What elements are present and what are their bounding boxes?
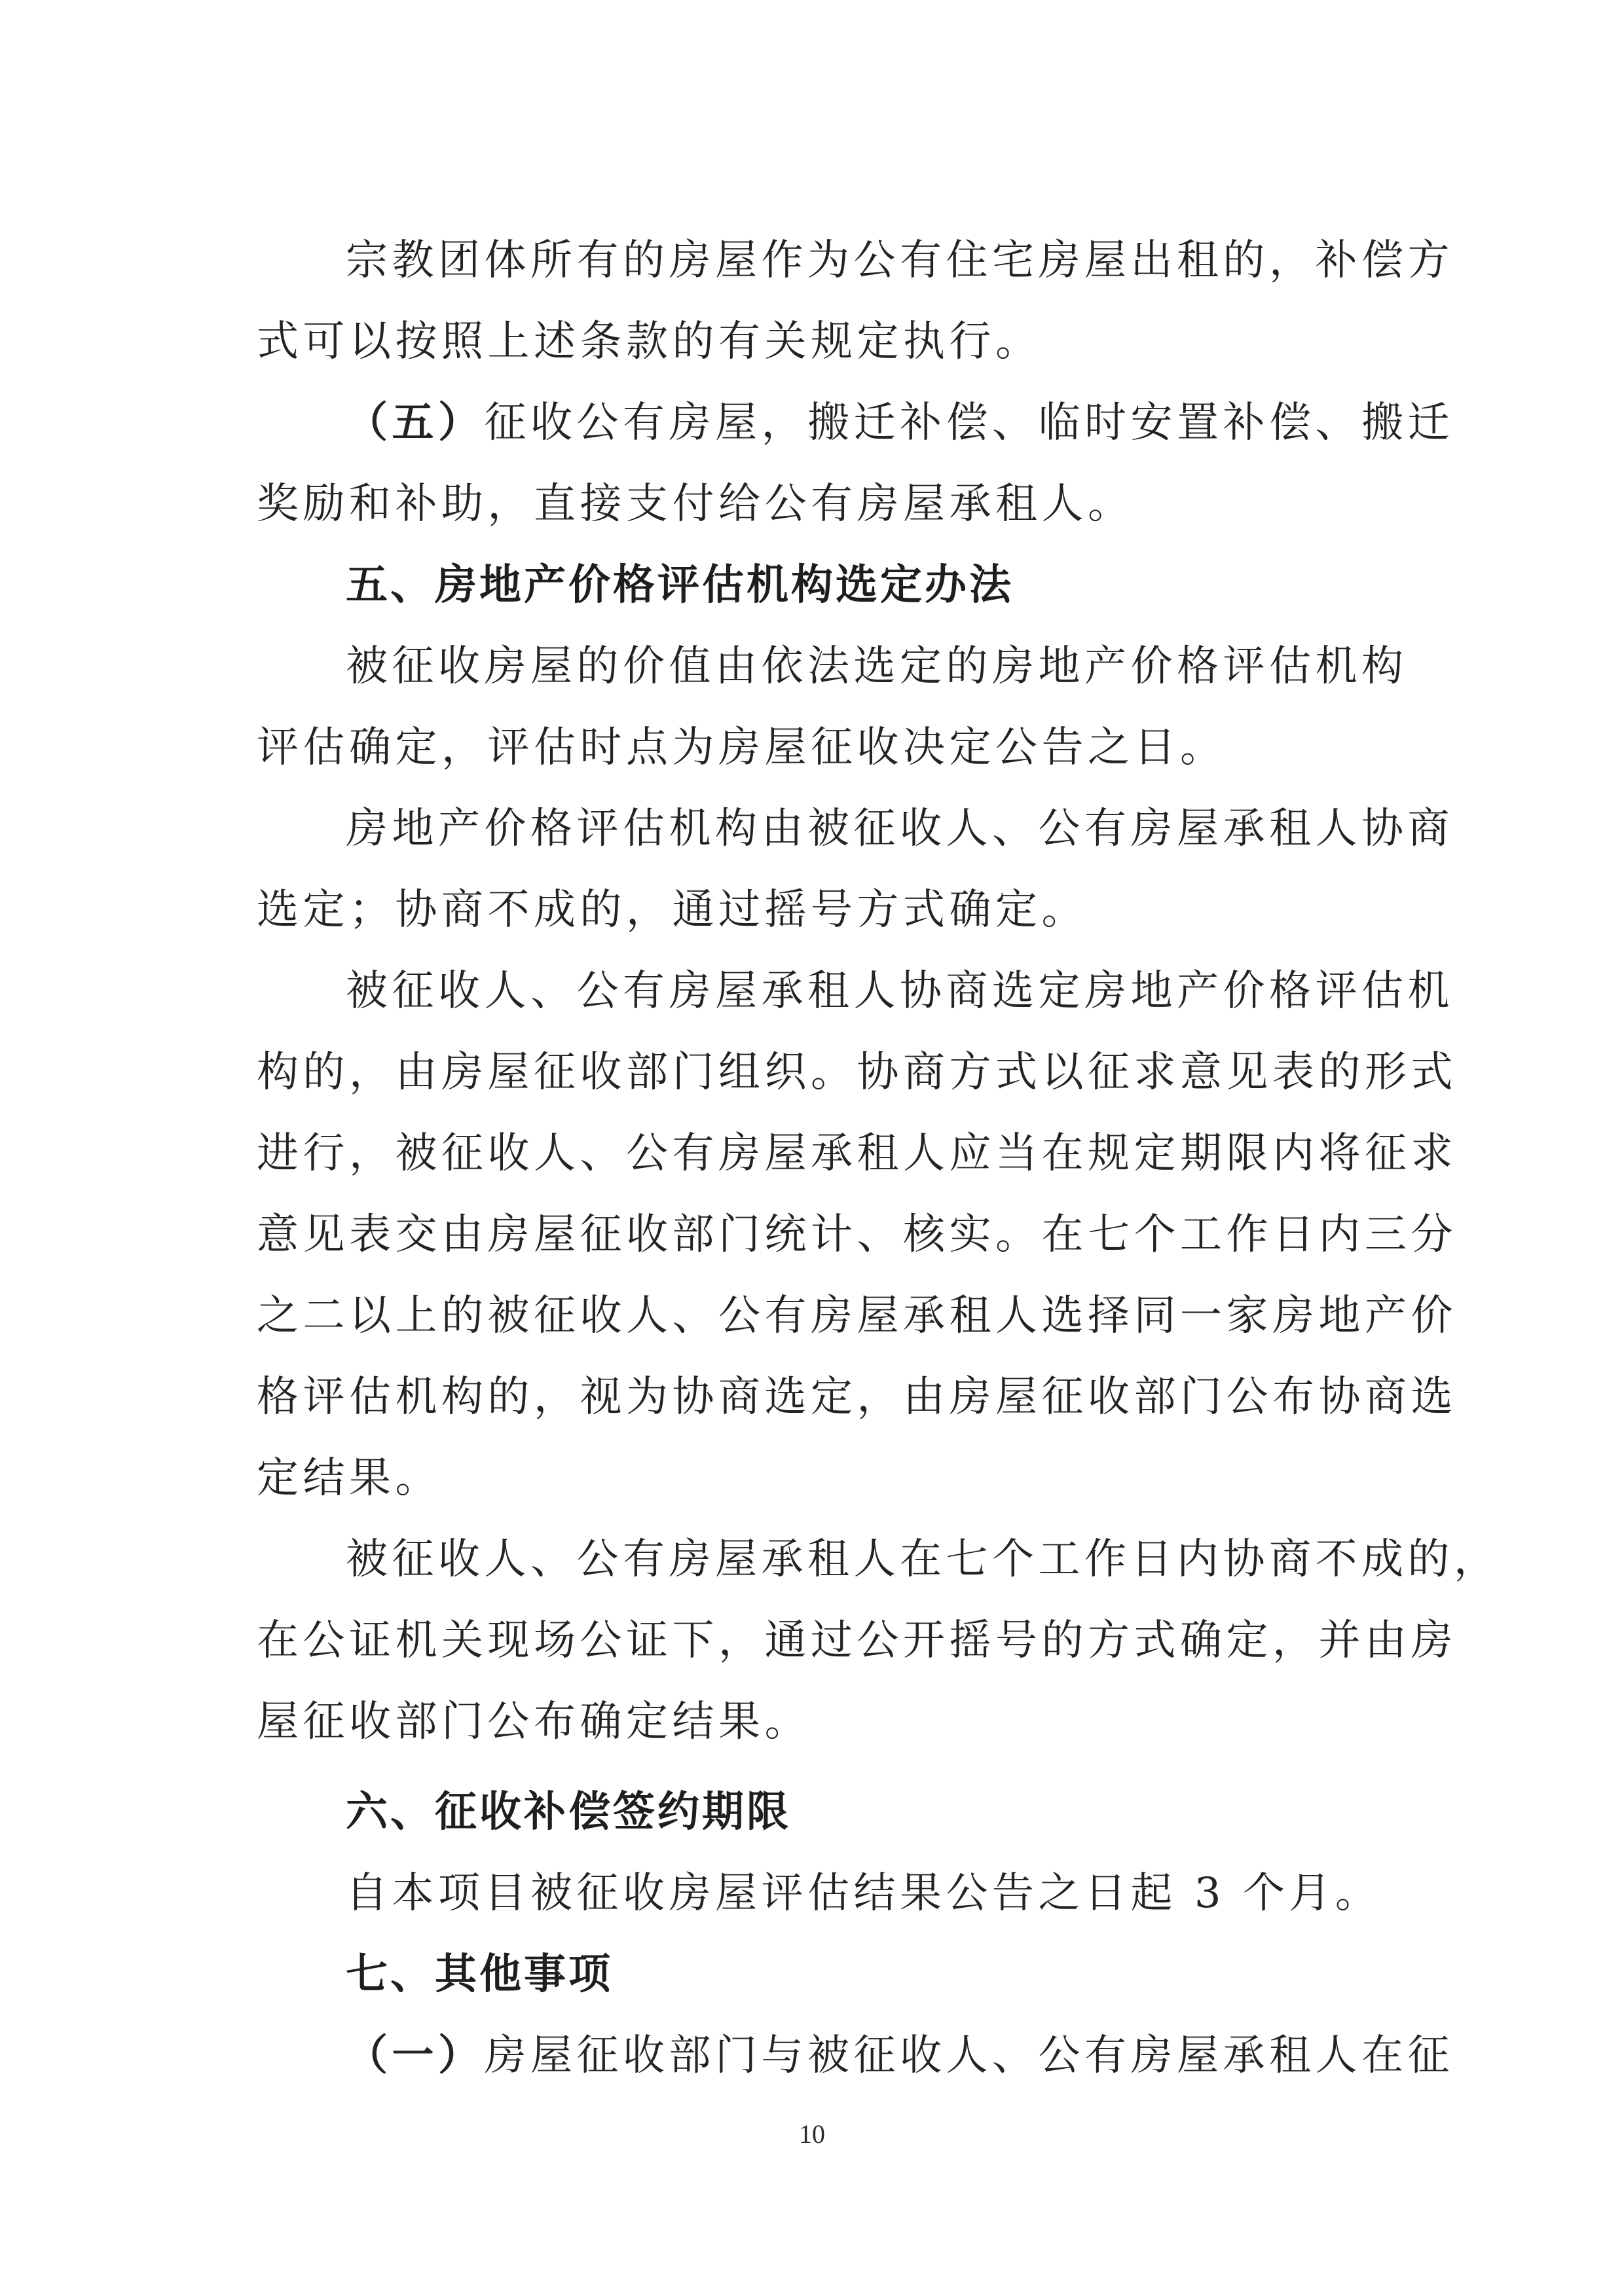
paragraph-line: 房地产价格评估机构由被征收人、公有房屋承租人协商 bbox=[346, 803, 1370, 855]
paragraph-line: 进行，被征收人、公有房屋承租人应当在规定期限内将征求 bbox=[257, 1127, 1370, 1180]
paragraph-line: 屋征收部门公布确定结果。 bbox=[257, 1696, 1370, 1748]
paragraph-line: 之二以上的被征收人、公有房屋承租人选择同一家房地产价 bbox=[257, 1290, 1370, 1342]
paragraph-line: 宗教团体所有的房屋作为公有住宅房屋出租的，补偿方 bbox=[346, 234, 1370, 287]
item-number: （五） bbox=[346, 399, 485, 447]
paragraph-line: 构的，由房屋征收部门组织。协商方式以征求意见表的形式 bbox=[257, 1046, 1370, 1099]
paragraph-line: 被征收房屋的价值由依法选定的房地产价格评估机构 bbox=[346, 640, 1370, 693]
paragraph-text: 房屋征收部门与被征收人、公有房屋承租人在征 bbox=[485, 2032, 1454, 2080]
page-number: 10 bbox=[0, 2119, 1624, 2150]
paragraph-line: 评估确定，评估时点为房屋征收决定公告之日。 bbox=[257, 721, 1370, 774]
paragraph-line: 自本项目被征收房屋评估结果公告之日起 3 个月。 bbox=[346, 1867, 1370, 1920]
paragraph-line: 格评估机构的，视为协商选定，由房屋征收部门公布协商选 bbox=[257, 1371, 1370, 1423]
section-heading: 五、房地产价格评估机构选定办法 bbox=[346, 559, 1370, 611]
paragraph-line: 被征收人、公有房屋承租人协商选定房地产价格评估机 bbox=[346, 965, 1370, 1017]
paragraph-line: （五）征收公有房屋，搬迁补偿、临时安置补偿、搬迁 bbox=[346, 397, 1370, 449]
paragraph-line: 定结果。 bbox=[257, 1452, 1370, 1504]
paragraph-line: （一）房屋征收部门与被征收人、公有房屋承租人在征 bbox=[346, 2030, 1370, 2082]
paragraph-line: 被征收人、公有房屋承租人在七个工作日内协商不成的， bbox=[346, 1533, 1370, 1586]
document-page: 宗教团体所有的房屋作为公有住宅房屋出租的，补偿方 式可以按照上述条款的有关规定执… bbox=[0, 0, 1624, 2296]
paragraph-line: 式可以按照上述条款的有关规定执行。 bbox=[257, 316, 1370, 368]
paragraph-line: 奖励和补助，直接支付给公有房屋承租人。 bbox=[257, 478, 1370, 530]
paragraph-text: 征收公有房屋，搬迁补偿、临时安置补偿、搬迁 bbox=[485, 399, 1454, 447]
section-heading: 七、其他事项 bbox=[346, 1948, 1370, 2001]
item-number: （一） bbox=[346, 2032, 485, 2080]
paragraph-line: 选定；协商不成的，通过摇号方式确定。 bbox=[257, 884, 1370, 936]
paragraph-line: 在公证机关现场公证下，通过公开摇号的方式确定，并由房 bbox=[257, 1614, 1370, 1667]
section-heading: 六、征收补偿签约期限 bbox=[346, 1786, 1370, 1838]
paragraph-line: 意见表交由房屋征收部门统计、核实。在七个工作日内三分 bbox=[257, 1209, 1370, 1261]
